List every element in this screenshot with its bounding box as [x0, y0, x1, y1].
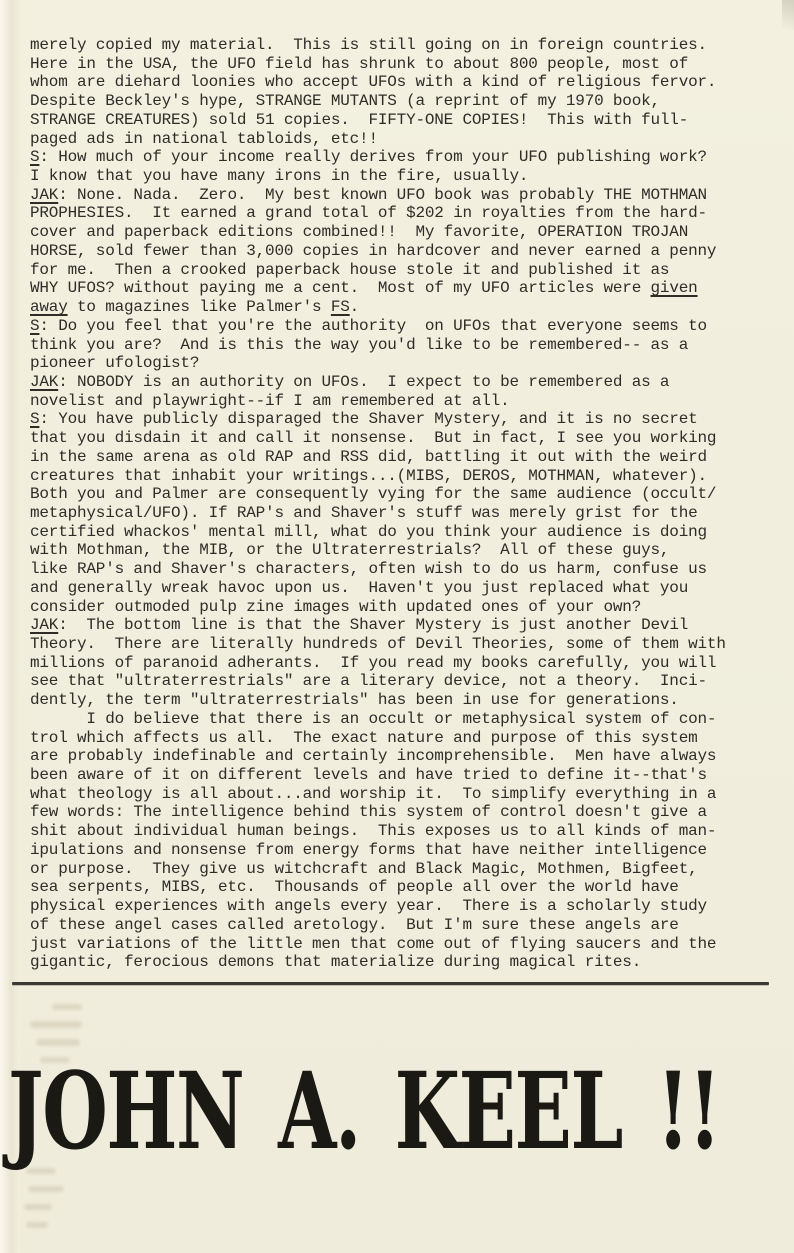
text-line: creatures that inhabit your writings...(…	[30, 467, 778, 486]
interview-text: merely copied my material. This is still…	[30, 36, 778, 972]
text-line: S: How much of your income really derive…	[30, 148, 778, 167]
text-line: trol which affects us all. The exact nat…	[30, 729, 778, 748]
text-line: JAK: The bottom line is that the Shaver …	[30, 616, 778, 635]
scan-corner-shade	[782, 0, 794, 30]
text-line: certified whackos' mental mill, what do …	[30, 523, 778, 542]
text-line: see that "ultraterrestrials" are a liter…	[30, 672, 778, 691]
text-line: Theory. There are literally hundreds of …	[30, 635, 778, 654]
text-line: paged ads in national tabloids, etc!!	[30, 130, 778, 149]
text-line: shit about individual human beings. This…	[30, 822, 778, 841]
text-line: consider outmoded pulp zine images with …	[30, 598, 778, 617]
text-line: JAK: None. Nada. Zero. My best known UFO…	[30, 186, 778, 205]
divider-rule	[12, 982, 769, 985]
bleedthrough-smudge	[30, 1021, 82, 1028]
text-line: and generally wreak havoc upon us. Haven…	[30, 579, 778, 598]
text-line: STRANGE CREATURES) sold 51 copies. FIFTY…	[30, 111, 778, 130]
text-line: for me. Then a crooked paperback house s…	[30, 261, 778, 280]
text-line: millions of paranoid adherants. If you r…	[30, 654, 778, 673]
text-line: what theology is all about...and worship…	[30, 785, 778, 804]
text-line: just variations of the little men that c…	[30, 935, 778, 954]
scanned-page: merely copied my material. This is still…	[0, 0, 794, 1253]
text-line: WHY UFOS? without paying me a cent. Most…	[30, 279, 778, 298]
text-line: physical experiences with angels every y…	[30, 897, 778, 916]
bleedthrough-smudge	[28, 1186, 64, 1192]
page-title: JOHN A. KEEL !!	[8, 1058, 720, 1164]
text-line: that you disdain it and call it nonsense…	[30, 429, 778, 448]
text-line: been aware of it on different levels and…	[30, 766, 778, 785]
bleedthrough-smudge	[26, 1222, 48, 1228]
text-line: pioneer ufologist?	[30, 354, 778, 373]
text-line: few words: The intelligence behind this …	[30, 803, 778, 822]
text-line: Despite Beckley's hype, STRANGE MUTANTS …	[30, 92, 778, 111]
text-line: ipulations and nonsense from energy form…	[30, 841, 778, 860]
text-line: PROPHESIES. It earned a grand total of $…	[30, 204, 778, 223]
text-line: dently, the term "ultraterrestrials" has…	[30, 691, 778, 710]
text-line: whom are diehard loonies who accept UFOs…	[30, 73, 778, 92]
text-line: cover and paperback editions combined!! …	[30, 223, 778, 242]
text-line: like RAP's and Shaver's characters, ofte…	[30, 560, 778, 579]
bleedthrough-smudge	[52, 1004, 82, 1010]
text-line: HORSE, sold fewer than 3,000 copies in h…	[30, 242, 778, 261]
text-line: Here in the USA, the UFO field has shrun…	[30, 55, 778, 74]
text-line: or purpose. They give us witchcraft and …	[30, 860, 778, 879]
text-line: of these angel cases called aretology. B…	[30, 916, 778, 935]
text-line: novelist and playwright--if I am remembe…	[30, 392, 778, 411]
text-line: gigantic, ferocious demons that material…	[30, 953, 778, 972]
text-line: with Mothman, the MIB, or the Ultraterre…	[30, 541, 778, 560]
text-line: JAK: NOBODY is an authority on UFOs. I e…	[30, 373, 778, 392]
text-line: S: You have publicly disparaged the Shav…	[30, 410, 778, 429]
text-line: I know that you have many irons in the f…	[30, 167, 778, 186]
text-line: merely copied my material. This is still…	[30, 36, 778, 55]
text-line: I do believe that there is an occult or …	[30, 710, 778, 729]
bleedthrough-smudge	[36, 1039, 80, 1046]
text-line: are probably indefinable and certainly i…	[30, 747, 778, 766]
text-line: in the same arena as old RAP and RSS did…	[30, 448, 778, 467]
bleedthrough-smudge	[24, 1204, 52, 1210]
text-line: away to magazines like Palmer's FS.	[30, 298, 778, 317]
text-line: Both you and Palmer are consequently vyi…	[30, 485, 778, 504]
text-line: S: Do you feel that you're the authority…	[30, 317, 778, 336]
text-line: think you are? And is this the way you'd…	[30, 336, 778, 355]
text-line: sea serpents, MIBS, etc. Thousands of pe…	[30, 878, 778, 897]
text-line: metaphysical/UFO). If RAP's and Shaver's…	[30, 504, 778, 523]
